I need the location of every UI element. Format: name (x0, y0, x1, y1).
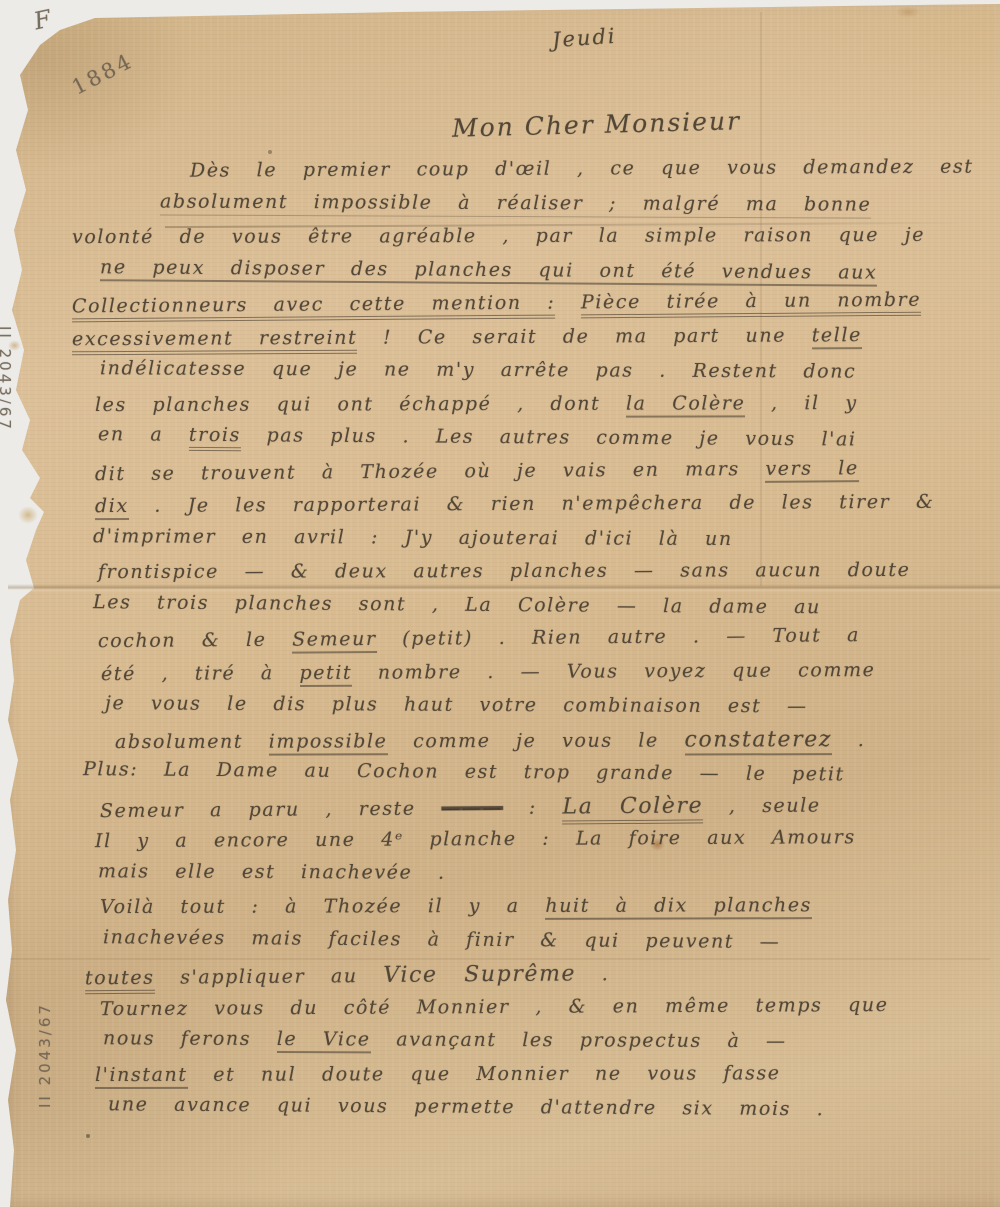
letter-text-segment: avançant les prospectus à — (371, 1028, 787, 1052)
letter-text-segment: je vous le dis plus haut votre combinais… (105, 692, 808, 717)
letter-text-segment: dix (95, 495, 129, 520)
letter-text-segment: constaterez (684, 727, 832, 755)
letter-text-segment: . (576, 963, 609, 985)
letter-text-segment: , seule (703, 794, 821, 817)
letter-line: nous ferons le Vice avançant les prospec… (0, 1027, 1000, 1065)
letter-line: les planches qui ont échappé , dont la C… (0, 391, 1000, 427)
letter-text-segment: La Colère (562, 793, 703, 824)
letter-text-segment: ne peux disposer des planches qui ont ét… (100, 256, 877, 286)
letter-text-segment: absolument (115, 730, 269, 752)
letter-text-segment: nombre . — Vous voyez que comme (352, 659, 875, 684)
letter-text-segment: frontispice — & deux autres planches — s… (98, 559, 910, 583)
letter-line: Voilà tout : à Thozée il y a huit à dix … (0, 894, 1000, 930)
letter-text-segment: Tournez vous du côté Monnier , & en même… (100, 993, 889, 1019)
letter-line: été , tiré à petit nombre . — Vous voyez… (0, 658, 1000, 697)
letter-text-segment: . Je les rapporterai & rien n'empêchera … (129, 491, 935, 517)
letter-text-segment: volonté de vous être agréable , par la s… (72, 224, 925, 248)
letter-line: absolument impossible à réaliser ; malgr… (0, 189, 1000, 227)
letter-text-segment: en a (98, 423, 189, 446)
letter-text-segment: (petit) . Rien autre . — Tout a (377, 624, 861, 650)
letter-text-segment: ! Ce serait de ma part une (357, 324, 811, 348)
letter-text-segment: nous ferons (103, 1027, 277, 1050)
letter-text-segment: telle (812, 324, 862, 349)
letter-line: Dès le premier coup d'œil , ce que vous … (0, 155, 1000, 194)
letter-text-segment: pas plus . Les autres comme je vous l'ai (241, 424, 857, 450)
paper-stain (896, 6, 920, 18)
letter-text-segment: une avance qui vous permette d'attendre … (108, 1093, 824, 1120)
letter-line: volonté de vous être agréable , par la s… (0, 224, 1000, 260)
letter-text-segment: mais elle est inachevée . (98, 860, 446, 884)
letter-text-segment: ——— (441, 796, 503, 818)
letter-text-segment: inachevées mais faciles à finir & qui pe… (103, 926, 780, 953)
letter-line: dix . Je les rapporterai & rien n'empêch… (0, 490, 1000, 529)
letter-text-segment: Plus: La Dame au Cochon est trop grande … (83, 758, 845, 785)
letter-text-segment: , il y (745, 392, 857, 414)
letter-line: une avance qui vous permette d'attendre … (0, 1093, 1000, 1133)
letter-text-segment: cochon & le (98, 629, 292, 653)
letter-text-segment: indélicatesse que je ne m'y arrête pas .… (100, 357, 856, 382)
letter-text-segment: comme je vous le (387, 729, 684, 752)
letter-text-segment: et nul doute que Monnier ne vous fasse (188, 1062, 781, 1086)
letter-text-segment: Voilà tout : à Thozée il y a (100, 895, 545, 918)
letter-text-segment: d'imprimer en avril : J'y ajouterai d'ic… (93, 525, 733, 550)
letter-line: Tournez vous du côté Monnier , & en même… (0, 993, 1000, 1032)
pencil-dot (86, 1134, 90, 1138)
letter-text-segment: Il y a encore une 4ᵉ planche : La foire … (95, 826, 856, 852)
letter-text-segment: : (503, 796, 562, 818)
letter-text-segment: Semeur (292, 628, 377, 654)
letter-text-segment: Les trois planches sont , La Colère — la… (93, 591, 821, 618)
letter-text-segment: été , tiré à (101, 662, 300, 685)
letter-line: d'imprimer en avril : J'y ajouterai d'ic… (0, 524, 1000, 562)
letter-text-segment: petit (299, 661, 352, 686)
letter-text-segment: excessivement restreint (72, 326, 358, 354)
letter-text-segment (555, 291, 581, 313)
letter-text-segment: Vice Suprême (383, 961, 576, 988)
letter-line: indélicatesse que je ne m'y arrête pas .… (0, 357, 1000, 395)
letter-text-segment: vers le (765, 457, 859, 483)
letter-text-segment: Semeur a paru , reste (100, 797, 442, 822)
letter-line: mais elle est inachevée . (0, 859, 1000, 897)
letter-line: Il y a encore une 4ᵉ planche : La foire … (0, 825, 1000, 864)
letter-text-segment: Pièce tirée à un nombre (581, 289, 921, 319)
letter-line: absolument impossible comme je vous le c… (0, 726, 1000, 762)
letter-text-segment: trois (189, 424, 241, 451)
letter-text-segment: toutes (85, 967, 155, 995)
letter-text-segment: l'instant (95, 1063, 188, 1088)
letter-text-segment: s'appliquer au (154, 965, 383, 989)
corner-pencil-mark: F (34, 4, 51, 36)
letter-text-segment: impossible (269, 730, 388, 755)
letter-line: excessivement restreint ! Ce serait de m… (0, 323, 1000, 362)
letter-text-segment: huit à dix planches (545, 894, 812, 920)
scanned-letter-page: F 1884 II 2043/67 II 2043/67 Jeudi Mon C… (0, 0, 1000, 1207)
letter-text-segment: le Vice (277, 1028, 371, 1053)
letter-date: Jeudi (551, 24, 617, 52)
letter-text-segment: . (832, 729, 865, 751)
letter-text-segment: Dès le premier coup d'œil , ce que vous … (190, 156, 974, 182)
letter-text-segment: absolument impossible à réaliser ; malgr… (160, 190, 871, 218)
ink-dot (268, 150, 272, 154)
letter-line: frontispice — & deux autres planches — s… (0, 559, 1000, 595)
letter-text-segment: les planches qui ont échappé , dont (95, 392, 626, 415)
letter-body: Dès le premier coup d'œil , ce que vous … (0, 158, 1000, 1130)
letter-text-segment: dit se trouvent à Thozée où je vais en m… (95, 457, 766, 484)
letter-text-segment: la Colère (626, 392, 746, 417)
letter-line: je vous le dis plus haut votre combinais… (0, 692, 1000, 730)
letter-text-segment: Collectionneurs avec cette mention : (72, 292, 556, 323)
letter-line: l'instant et nul doute que Monnier ne vo… (0, 1061, 1000, 1097)
